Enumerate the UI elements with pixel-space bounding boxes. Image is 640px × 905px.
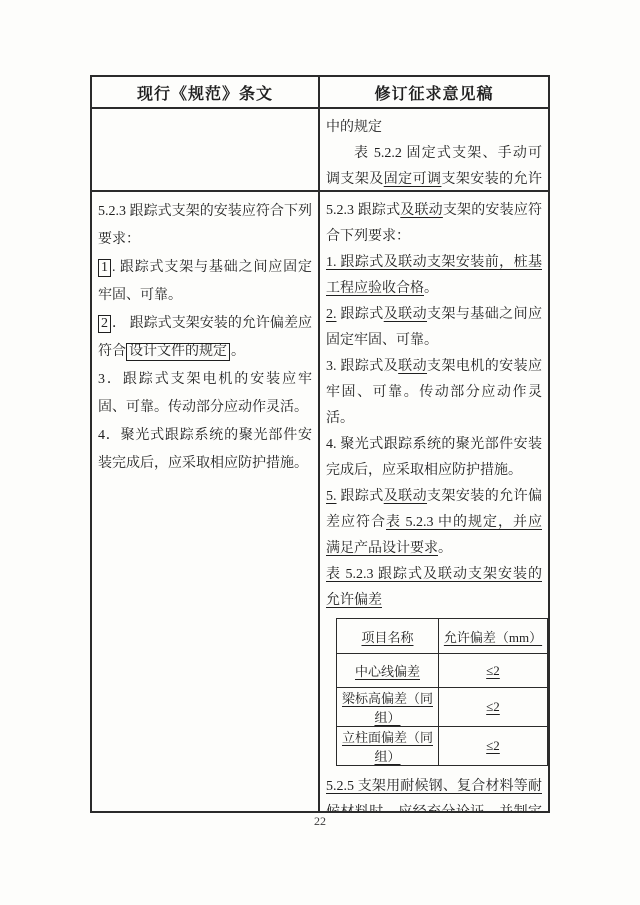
- paragraph: 2. 跟踪式及联动支架与基础之间应固定牢固、可靠。: [326, 302, 542, 354]
- text-run: 跟踪式: [337, 307, 384, 322]
- cell-text: 允许偏差（mm）: [444, 630, 542, 645]
- cell-text: 梁标高偏差（同组）: [342, 691, 433, 725]
- table-row-continued: 中的规定表 5.2.2 固定式支架、手动可调支架及固定可调支架安装的允许偏差: [92, 109, 548, 192]
- inserted-text: 2.: [326, 307, 337, 322]
- table-header-row: 现行《规范》条文 修订征求意见稿: [92, 77, 548, 109]
- text-run: 5.2.3 跟踪式支架的安装应符合下列要求：: [98, 204, 312, 247]
- current-spec-cell: 5.2.3 跟踪式支架的安装应符合下列要求：1. 跟踪式支架与基础之间应固定牢固…: [92, 192, 320, 811]
- paragraph: 4．聚光式跟踪系统的聚光部件安装完成后，应采取相应防护措施。: [98, 422, 312, 478]
- revision-paragraphs-after: 5.2.5 支架用耐候钢、复合材料等耐候材料时，应经充分论证，并制定专项施工方案…: [326, 774, 542, 811]
- page-number: 22: [0, 814, 640, 829]
- text-run: 4. 聚光式跟踪系统的聚光部件安装完成后，应采取相应防护措施。: [326, 437, 542, 478]
- text-run: 3. 跟踪式及: [326, 359, 398, 374]
- inner-table-row: 梁标高偏差（同组）≤2: [337, 688, 548, 727]
- text-run: 5.2.3 跟踪式: [326, 203, 400, 218]
- inserted-text: 5.2.5 支架用耐候钢、复合材料等耐候材料时，应经充分论证，并制定专项施工方案…: [326, 779, 542, 811]
- text-run: 。: [438, 541, 452, 556]
- inserted-text: 及联动: [384, 307, 427, 322]
- inner-table-row: 立柱面偏差（同组）≤2: [337, 727, 548, 766]
- cell-text: ≤2: [486, 738, 500, 753]
- header-revision-draft: 修订征求意见稿: [320, 77, 548, 107]
- inserted-text: 表 5.2.3 跟踪式及联动支架安装的允许偏差: [326, 567, 542, 608]
- paragraph: 5.2.3 跟踪式及联动支架的安装应符合下列要求：: [326, 198, 542, 250]
- paragraph: 1. 跟踪式支架与基础之间应固定牢固、可靠。: [98, 254, 312, 310]
- paragraph: 3. 跟踪式及联动支架电机的安装应牢固、可靠。传动部分应动作灵活。: [326, 354, 542, 432]
- inner-table-cell: ≤2: [439, 727, 548, 766]
- cell-text: ≤2: [486, 699, 500, 714]
- inner-table-cell: ≤2: [439, 688, 548, 727]
- paragraph: 4. 聚光式跟踪系统的聚光部件安装完成后，应采取相应防护措施。: [326, 432, 542, 484]
- inner-table-row: 中心线偏差≤2: [337, 654, 548, 688]
- paragraph: 表 5.2.3 跟踪式及联动支架安装的允许偏差: [326, 562, 542, 614]
- paragraph: 5.2.5 支架用耐候钢、复合材料等耐候材料时，应经充分论证，并制定专项施工方案…: [326, 774, 542, 811]
- inserted-text: 固定可调: [384, 172, 442, 187]
- inner-table-cell: 梁标高偏差（同组）: [337, 688, 439, 727]
- text-run: 。: [231, 344, 245, 359]
- deleted-text: 设计文件的规定: [126, 343, 230, 361]
- inner-table-cell: ≤2: [439, 654, 548, 688]
- paragraph: 5. 跟踪式及联动支架安装的允许偏差应符合表 5.2.3 中的规定，并应满足产品…: [326, 484, 542, 562]
- paragraph: 中的规定: [326, 115, 542, 141]
- paragraph: 表 5.2.2 固定式支架、手动可调支架及固定可调支架安装的允许偏差: [326, 141, 542, 190]
- inner-table-header-row: 项目名称允许偏差（mm）: [337, 619, 548, 654]
- comparison-table: 现行《规范》条文 修订征求意见稿 中的规定表 5.2.2 固定式支架、手动可调支…: [90, 75, 550, 813]
- revision-paragraphs: 5.2.3 跟踪式及联动支架的安装应符合下列要求：1. 跟踪式及联动支架安装前，…: [326, 198, 542, 614]
- paragraph: 1. 跟踪式及联动支架安装前，桩基工程应验收合格。: [326, 250, 542, 302]
- inner-table-header-cell: 项目名称: [337, 619, 439, 654]
- cell-text: 中心线偏差: [355, 664, 420, 679]
- paragraph: 2． 跟踪式支架安装的允许偏差应符合设计文件的规定。: [98, 310, 312, 366]
- current-spec-empty-cell: [92, 109, 320, 190]
- deleted-text: 1: [98, 259, 111, 277]
- inner-table-header-cell: 允许偏差（mm）: [439, 619, 548, 654]
- cell-text: 项目名称: [361, 630, 413, 645]
- table-row-5-2-3: 5.2.3 跟踪式支架的安装应符合下列要求：1. 跟踪式支架与基础之间应固定牢固…: [92, 192, 548, 811]
- inserted-text: 及联动: [400, 203, 443, 218]
- inserted-text: 及联动: [384, 489, 427, 504]
- text-run: 。: [424, 281, 438, 296]
- inserted-text: 联动: [398, 359, 427, 374]
- revision-continued-cell: 中的规定表 5.2.2 固定式支架、手动可调支架及固定可调支架安装的允许偏差: [320, 109, 548, 190]
- paragraph: 3．跟踪式支架电机的安装应牢固、可靠。传动部分应动作灵活。: [98, 366, 312, 422]
- revision-draft-cell: 5.2.3 跟踪式及联动支架的安装应符合下列要求：1. 跟踪式及联动支架安装前，…: [320, 192, 548, 811]
- inner-table-cell: 中心线偏差: [337, 654, 439, 688]
- text-run: 中的规定: [326, 120, 382, 135]
- text-run: 4．聚光式跟踪系统的聚光部件安装完成后，应采取相应防护措施。: [98, 428, 312, 471]
- cell-text: 立柱面偏差（同组）: [342, 730, 433, 764]
- text-run: 3．跟踪式支架电机的安装应牢固、可靠。传动部分应动作灵活。: [98, 372, 312, 415]
- header-current-spec: 现行《规范》条文: [92, 77, 320, 107]
- deleted-text: 2: [98, 315, 111, 333]
- paragraph: 5.2.3 跟踪式支架的安装应符合下列要求：: [98, 198, 312, 254]
- inserted-text: 5.: [326, 489, 337, 504]
- inner-table-cell: 立柱面偏差（同组）: [337, 727, 439, 766]
- text-run: . 跟踪式支架与基础之间应固定牢固、可靠。: [98, 260, 312, 303]
- allowed-deviation-table: 项目名称允许偏差（mm）中心线偏差≤2梁标高偏差（同组）≤2立柱面偏差（同组）≤…: [336, 618, 548, 766]
- cell-text: ≤2: [486, 663, 500, 678]
- text-run: 跟踪式: [337, 489, 384, 504]
